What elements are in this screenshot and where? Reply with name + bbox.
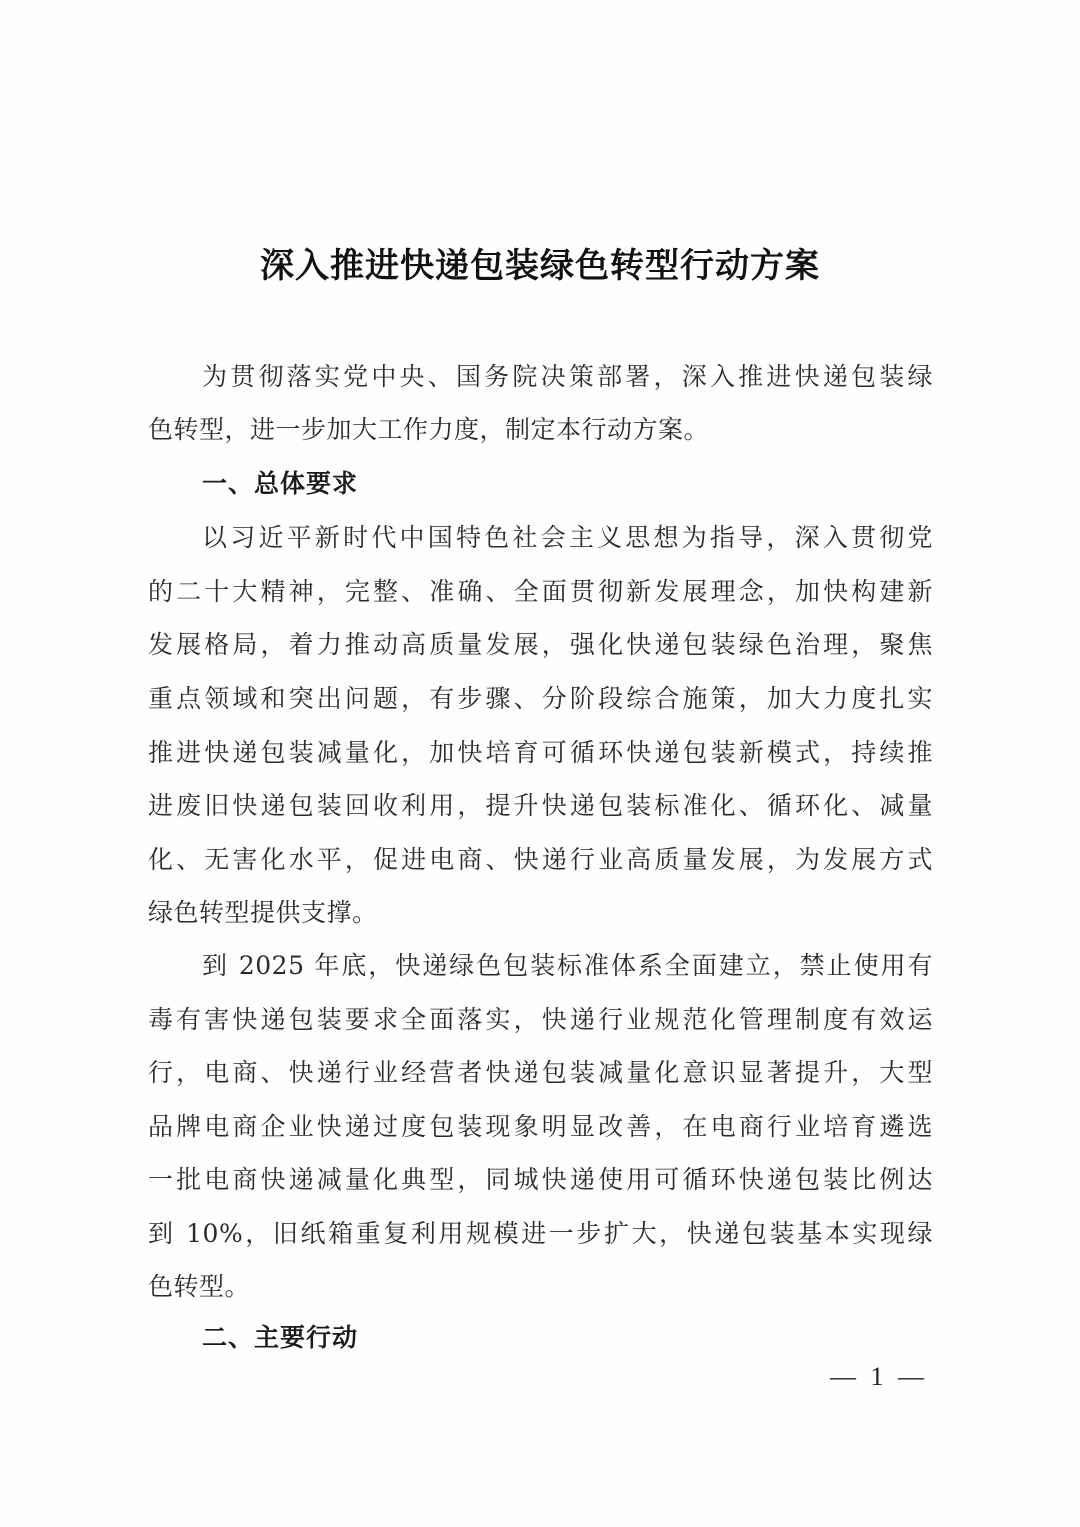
document-title: 深入推进快递包装绿色转型行动方案 (0, 238, 1080, 287)
paragraph-line: 的二十大精神，完整、准确、全面贯彻新发展理念，加快构建新 (148, 572, 933, 612)
paragraph-line: 重点领域和突出问题，有步骤、分阶段综合施策，加大力度扎实 (148, 679, 933, 719)
paragraph-line: 绿色转型提供支撑。 (148, 893, 933, 933)
paragraph-line: 到 10%，旧纸箱重复利用规模进一步扩大，快递包装基本实现绿 (148, 1214, 933, 1254)
paragraph-line: 色转型。 (148, 1267, 933, 1307)
intro-line-1: 为贯彻落实党中央、国务院决策部署，深入推进快递包装绿 (202, 357, 933, 397)
paragraph-line: 推进快递包装减量化，加快培育可循环快递包装新模式，持续推 (148, 733, 933, 773)
section-heading-general-requirements: 一、总体要求 (202, 464, 358, 504)
paragraph-line: 一批电商快递减量化典型，同城快递使用可循环快递包装比例达 (148, 1160, 933, 1200)
intro-line-2: 色转型，进一步加大工作力度，制定本行动方案。 (148, 410, 933, 450)
paragraph-line: 化、无害化水平，促进电商、快递行业高质量发展，为发展方式 (148, 840, 933, 880)
paragraph-line: 毒有害快递包装要求全面落实，快递行业规范化管理制度有效运 (148, 1000, 933, 1040)
paragraph-line: 到 2025 年底，快递绿色包装标准体系全面建立，禁止使用有 (202, 946, 933, 986)
section-heading-main-actions: 二、主要行动 (202, 1318, 358, 1358)
paragraph-line: 行，电商、快递行业经营者快递包装减量化意识显著提升，大型 (148, 1053, 933, 1093)
paragraph-line: 以习近平新时代中国特色社会主义思想为指导，深入贯彻党 (202, 518, 933, 558)
paragraph-line: 进废旧快递包装回收利用，提升快递包装标准化、循环化、减量 (148, 786, 933, 826)
paragraph-line: 品牌电商企业快递过度包装现象明显改善，在电商行业培育遴选 (148, 1107, 933, 1147)
page-number: — 1 — (830, 1362, 928, 1392)
document-page: 深入推进快递包装绿色转型行动方案 为贯彻落实党中央、国务院决策部署，深入推进快递… (0, 0, 1080, 1527)
paragraph-line: 发展格局，着力推动高质量发展，强化快递包装绿色治理，聚焦 (148, 625, 933, 665)
